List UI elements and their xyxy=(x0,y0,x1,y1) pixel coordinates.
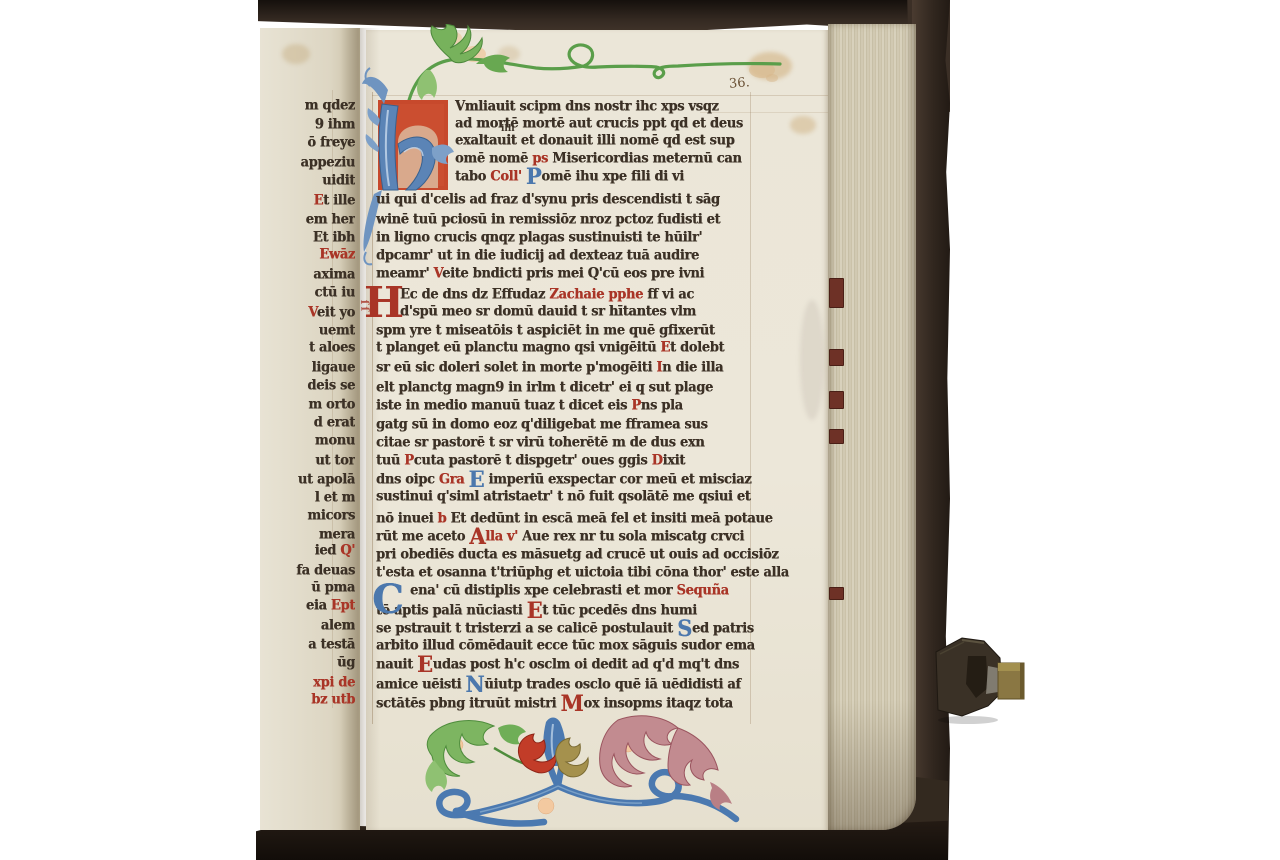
left-page-text-line: appeziu xyxy=(258,155,355,172)
left-page-text-line: Et ibh xyxy=(258,230,355,247)
text-line: ctū iu xyxy=(315,285,356,302)
left-page-text-line: Et ille xyxy=(258,193,355,210)
text-line: ligaue xyxy=(312,360,355,377)
initial-flourish xyxy=(366,134,379,152)
lombard-initial: C xyxy=(372,576,404,623)
text-line: axima xyxy=(313,267,355,284)
left-page-text-line: 9 ihm xyxy=(258,117,355,134)
text-line: uidit xyxy=(322,173,355,190)
text-line: Ewāz xyxy=(319,247,355,264)
left-page-text-line: eia Ept xyxy=(258,598,355,615)
text-line: Ec de dns dz Effudaz Zachaie pphe ff vi … xyxy=(400,287,694,303)
left-page-text-line: deis se xyxy=(258,378,355,395)
text-line: ō freye xyxy=(307,135,355,152)
acanthus-leaf-olive xyxy=(556,738,589,777)
text-line: iste in medio manuū tuaz t dicet eis Pns… xyxy=(376,398,683,414)
leather-tab xyxy=(829,429,844,444)
left-page-text-line: ō freye xyxy=(258,135,355,152)
text-line: spm yre t miseatōis t aspiciēt in me quē… xyxy=(376,323,715,339)
text-line: in ligno crucis qnqz plagas sustinuisti … xyxy=(376,230,702,246)
text-line: eia Ept xyxy=(306,598,355,615)
text-line: sustinui q'siml atristaetr' t nō fuit qs… xyxy=(376,489,750,505)
text-line: monu xyxy=(315,433,355,450)
left-page-text-line: m orto xyxy=(258,397,355,414)
text-line: meamr' Veite bndicti pris mei Q'cū eos p… xyxy=(376,266,704,282)
text-line: winē tuū pciosū in remissiōz nroz pctoz … xyxy=(376,212,720,228)
left-page-text-line: micors xyxy=(258,508,355,525)
parchment-stain xyxy=(766,74,778,82)
text-line: t aloes xyxy=(309,340,355,357)
text-line: rūt me aceto Alla v' Aue rex nr tu sola … xyxy=(376,529,744,545)
text-line: ied Q' xyxy=(315,543,355,560)
manuscript-photo: 36. illi ſſ xyxy=(0,0,1280,860)
clasp-shadow xyxy=(938,716,998,724)
text-line: ut tor xyxy=(315,453,355,470)
left-page-text-line: axima xyxy=(258,267,355,284)
left-page-text-line: a testā xyxy=(258,637,355,654)
book-clasp xyxy=(928,626,1032,726)
folio-number: 36. xyxy=(728,75,750,92)
left-page-text-line: fa deuas xyxy=(258,563,355,580)
left-page-text-line: t aloes xyxy=(258,340,355,357)
lombard-initial: H xyxy=(364,278,404,327)
acanthus-leaf-rose xyxy=(600,716,678,787)
text-line: 9 ihm xyxy=(315,117,355,134)
text-line: dpcamr' ut in die iudicij ad dexteaz tuā… xyxy=(376,248,699,264)
text-line: mera xyxy=(319,527,355,544)
text-line: Veit yo xyxy=(308,305,355,322)
text-line: m orto xyxy=(308,397,355,414)
text-line: t'esta et osanna t'triūphg et uictoia ti… xyxy=(376,565,789,581)
text-line: fa deuas xyxy=(296,563,355,580)
text-line: d'spū meo sr domū dauid t sr hītantes vl… xyxy=(400,304,696,320)
left-page-text-line: uidit xyxy=(258,173,355,190)
left-page-text-line: d erat xyxy=(258,415,355,432)
leather-tab xyxy=(829,391,844,409)
text-line: tabo Coll' Pomē ihu xpe fili di vi xyxy=(455,169,684,185)
text-line: ui qui d'celis ad fraz d'synu pris desce… xyxy=(376,192,720,208)
left-page-text-line: monu xyxy=(258,433,355,450)
left-page-text-line: Veit yo xyxy=(258,305,355,322)
text-line: l et m xyxy=(315,490,355,507)
left-page-text-line: alem xyxy=(258,618,355,635)
text-line: m qdez xyxy=(305,98,355,115)
text-line: gatg sū in domo eoz q'diligebat me ffram… xyxy=(376,417,708,433)
left-page-text-line: bz utb xyxy=(258,692,355,709)
text-line: exaltauit et donauit illi nomē qd est su… xyxy=(455,133,734,149)
text-line: ut apolā xyxy=(298,472,355,489)
text-line: elt planctg magn9 in irlm t dicetr' ei q… xyxy=(376,380,713,396)
text-line: ūg xyxy=(337,655,355,672)
text-line: sr eū sic doleri solet in morte p'mogēit… xyxy=(376,360,723,376)
text-line: nauit Eudas post h'c osclm oi dedit ad q… xyxy=(376,657,739,673)
bas-de-page-ornament xyxy=(410,712,810,837)
text-line: Et ibh xyxy=(313,230,355,247)
left-page-text-line: l et m xyxy=(258,490,355,507)
text-line: pri obediēs ducta es māsuetg ad crucē ut… xyxy=(376,547,779,563)
left-page-text-line: ūg xyxy=(258,655,355,672)
leather-tab xyxy=(829,587,844,600)
text-line: nō inuei b Et dedūnt in escā meā fel et … xyxy=(376,511,773,527)
blue-stems xyxy=(439,766,736,824)
text-line: tē aptis palā nūciasti Et tūc pcedēs dns… xyxy=(376,603,697,619)
brass-keeper-edge xyxy=(1020,663,1024,699)
text-line: appeziu xyxy=(300,155,355,172)
left-page-text-line: Ewāz xyxy=(258,247,355,264)
text-line: Et ille xyxy=(314,193,355,210)
left-page-text-line: ut apolā xyxy=(258,472,355,489)
left-page-text-line: ctū iu xyxy=(258,285,355,302)
left-page-text-line: uemt xyxy=(258,323,355,340)
text-line: Vmliauit scipm dns nostr ihc xps vsqz xyxy=(455,99,719,115)
left-page-text-line: ū pma xyxy=(258,580,355,597)
left-page-text-line: ligaue xyxy=(258,360,355,377)
text-line: dns oipc Gra E imperiū exspectar cor meū… xyxy=(376,472,751,488)
clasp-glint xyxy=(986,666,998,694)
text-line: alem xyxy=(321,618,355,635)
text-line: tuū Pcuta pastorē t dispgetr' oues ggis … xyxy=(376,453,685,469)
text-line: omē nomē ps Misericordias meternū can xyxy=(455,151,742,167)
text-line: ad mortē mortē aut crucis ppt qd et deus xyxy=(455,116,743,132)
acanthus-leaf-rose xyxy=(668,728,718,785)
parchment-stain xyxy=(790,116,816,134)
parchment-stain xyxy=(282,44,310,64)
text-line: citae sr pastorē t sr virū toherētē m de… xyxy=(376,435,704,451)
left-page-text-line: ut tor xyxy=(258,453,355,470)
text-line: bz utb xyxy=(311,692,355,709)
text-line: a testā xyxy=(308,637,355,654)
text-line: uemt xyxy=(319,323,355,340)
text-line: deis se xyxy=(307,378,355,395)
leather-tab xyxy=(829,349,844,366)
left-page-text-line: m qdez xyxy=(258,98,355,115)
peach-dot xyxy=(538,798,554,814)
text-line: se pstrauit t tristerzi a se calicē post… xyxy=(376,621,754,637)
left-page-text-line: mera xyxy=(258,527,355,544)
text-line: em her xyxy=(306,212,355,229)
text-line: t planget eū planctu magno qsi vnigēitū … xyxy=(376,340,724,356)
fore-edge-shadow xyxy=(828,700,916,830)
left-page-text-line: ied Q' xyxy=(258,543,355,560)
leather-tab xyxy=(829,278,844,308)
text-line: amice uēisti Nūiutp trades osclo quē iā … xyxy=(376,677,741,693)
text-line: ū pma xyxy=(311,580,355,597)
text-line: xpi de xyxy=(313,675,355,692)
initial-tail-curl xyxy=(364,252,372,264)
text-line: micors xyxy=(307,508,355,525)
text-line: d erat xyxy=(314,415,355,432)
text-line: sctātēs pbng itruūt mistri Mox insopms i… xyxy=(376,696,733,712)
left-page-text-line: xpi de xyxy=(258,675,355,692)
text-line: ena' cū distiplis xpe celebrasti et mor … xyxy=(410,583,729,599)
right-cover-edge xyxy=(912,0,950,860)
left-page-text-line: em her xyxy=(258,212,355,229)
show-through-smudge xyxy=(800,300,824,420)
ruling-line-header xyxy=(700,112,828,113)
